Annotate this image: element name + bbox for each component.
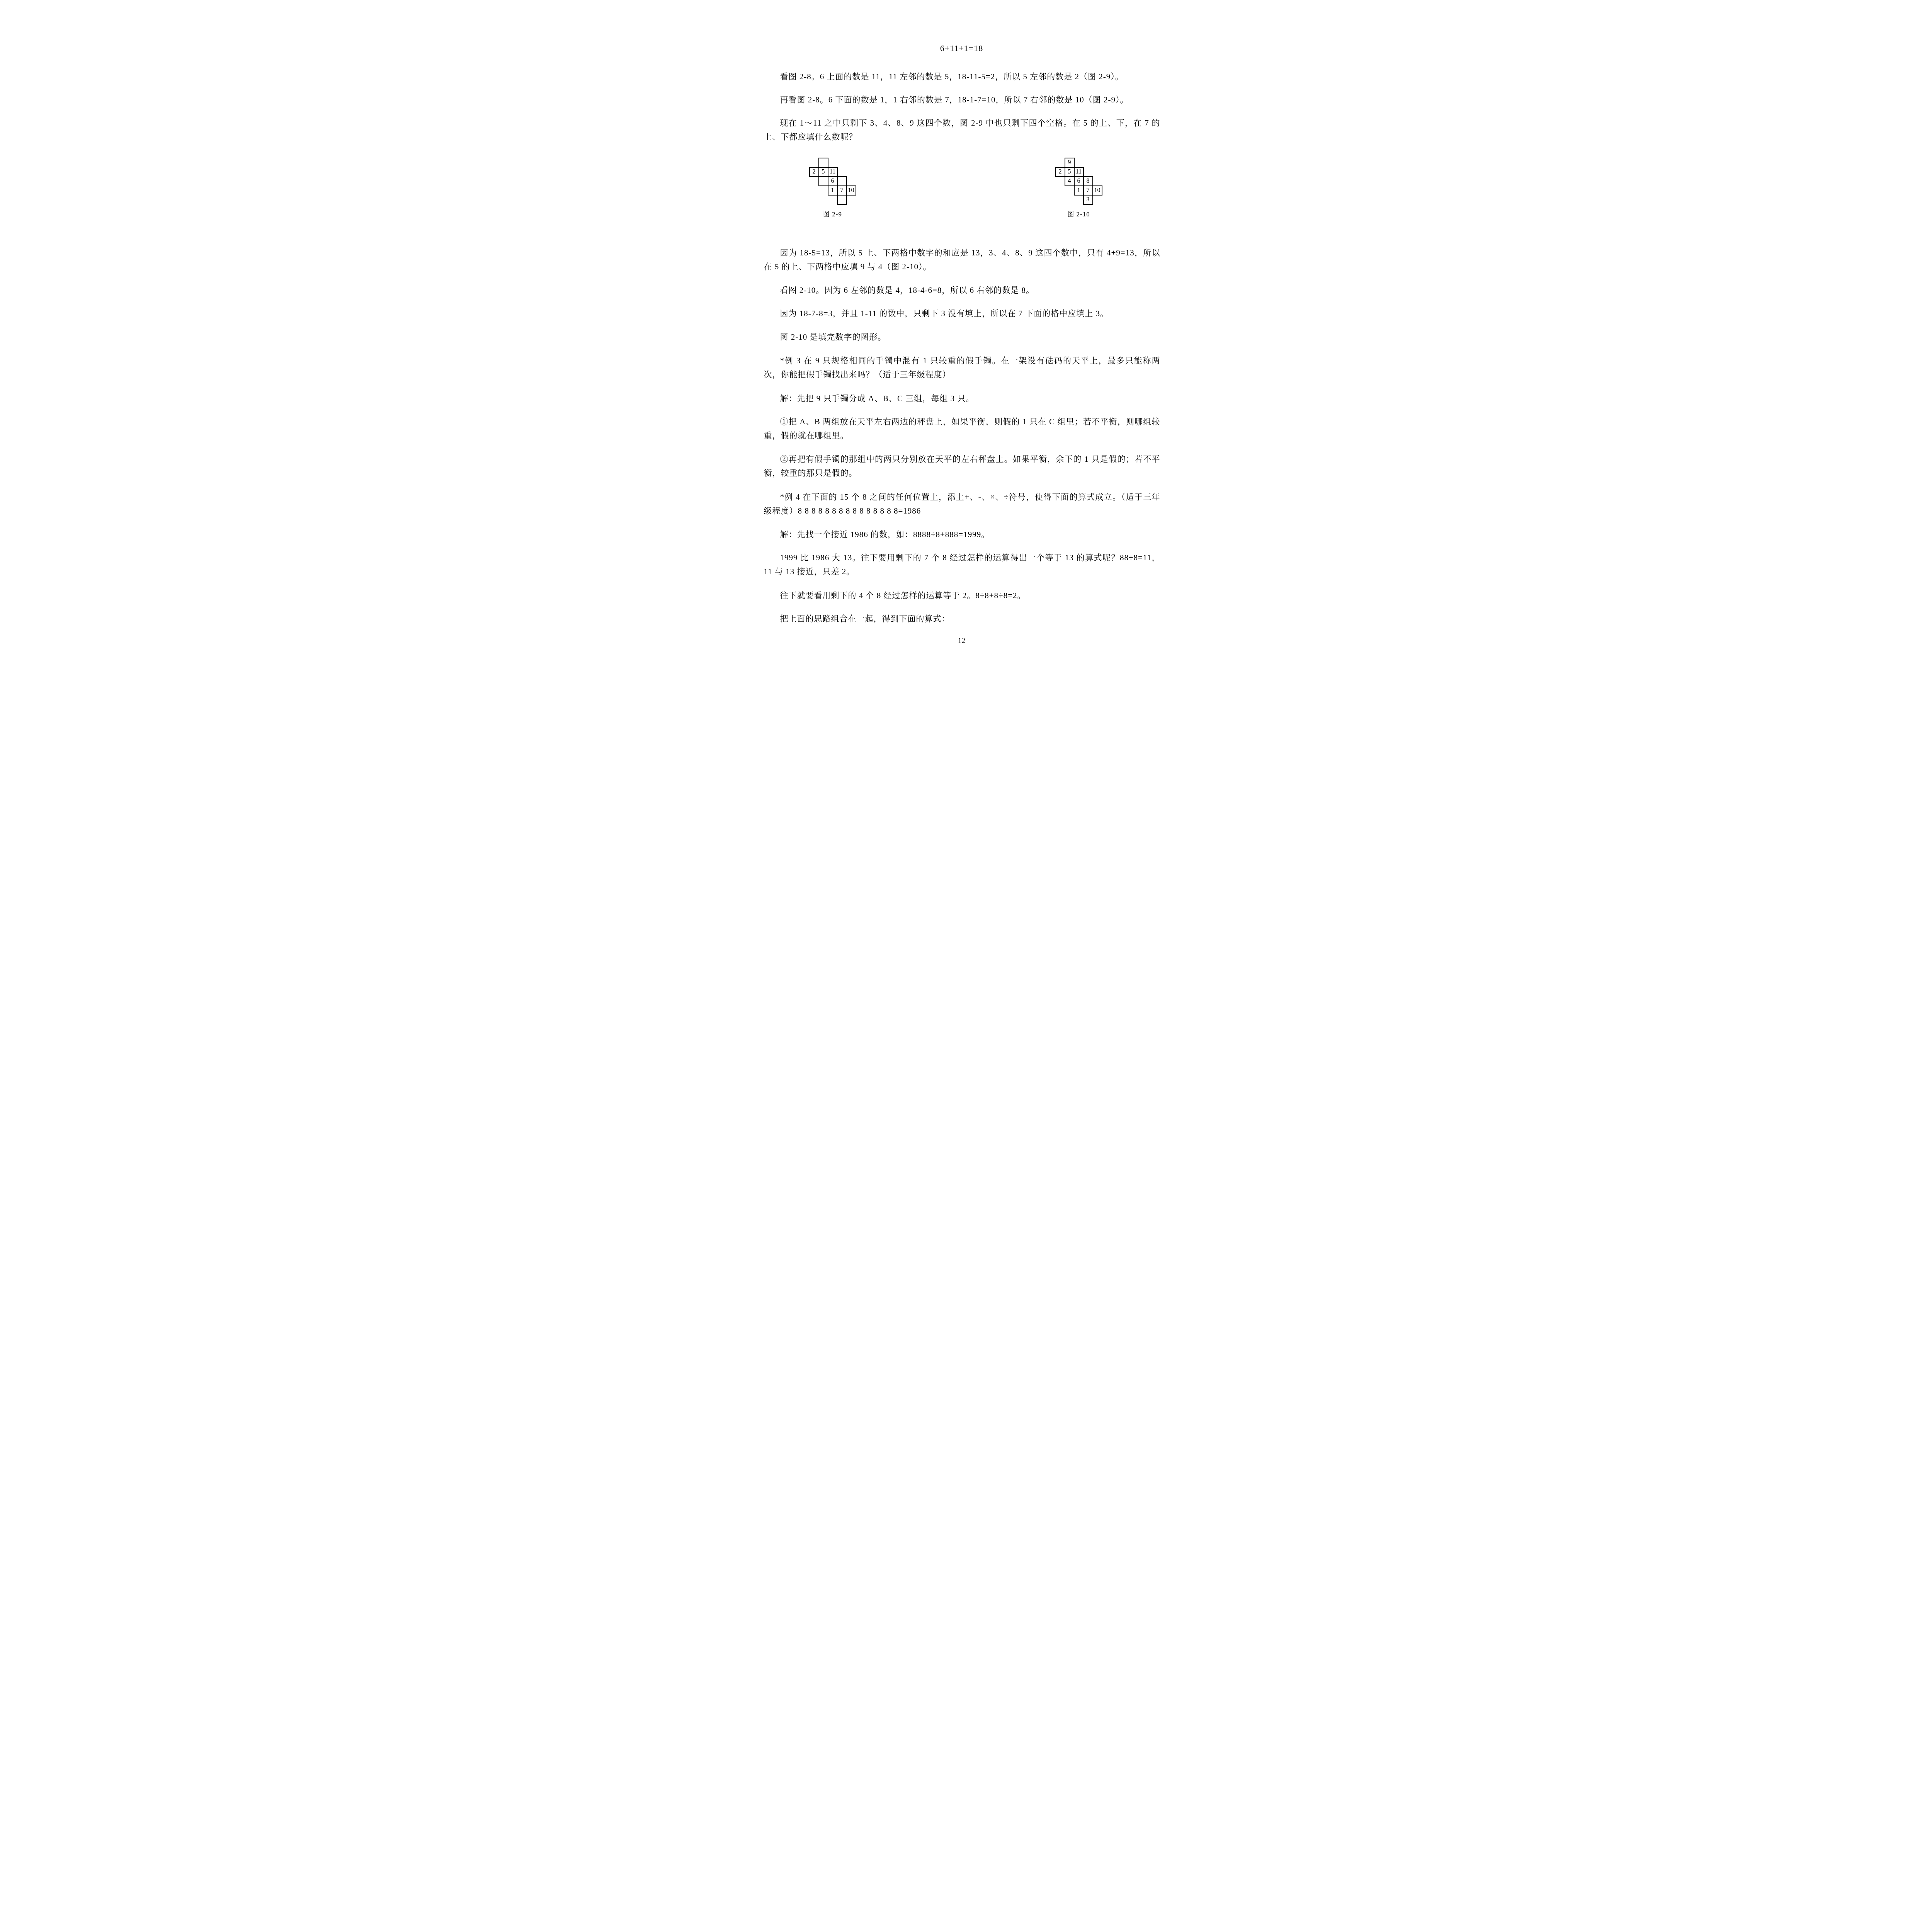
figure-2-10-caption: 图 2-10	[1055, 209, 1102, 218]
paragraph: 因为 18-7-8=3，并且 1-11 的数中，只剩下 3 没有填上，所以在 7…	[764, 306, 1160, 320]
paragraph: ②再把有假手镯的那组中的两只分别放在天平的左右秤盘上。如果平衡，余下的 1 只是…	[764, 452, 1160, 480]
grid-cell: 11	[1074, 167, 1084, 177]
grid-cell: 7	[837, 185, 847, 196]
grid-cell: 6	[828, 176, 838, 186]
paragraph: 图 2-10 是填完数字的图形。	[764, 330, 1160, 344]
page-title: 6+11+1=18	[764, 43, 1160, 53]
grid-cell	[818, 158, 828, 168]
grid-cell: 10	[846, 185, 856, 196]
grid-cell: 4	[1065, 176, 1075, 186]
figure-2-9-caption: 图 2-9	[809, 209, 856, 218]
grid-cell: 2	[809, 167, 819, 177]
grid-cell: 5	[818, 167, 828, 177]
grid-cell: 9	[1065, 158, 1075, 168]
paragraph: 因为 18-5=13，所以 5 上、下两格中数字的和应是 13，3、4、8、9 …	[764, 246, 1160, 274]
paragraph: *例 4 在下面的 15 个 8 之间的任何位置上，添上+、-、×、÷符号，使得…	[764, 490, 1160, 518]
paragraph: 把上面的思路组合在一起，得到下面的算式：	[764, 612, 1160, 626]
figure-2-9: 251161710 图 2-9	[809, 158, 856, 218]
grid-cell: 11	[828, 167, 838, 177]
paragraph: 再看图 2-8。6 下面的数是 1，1 右邻的数是 7，18-1-7=10，所以…	[764, 93, 1160, 107]
grid-cell: 5	[1065, 167, 1075, 177]
figure-2-10-grid: 9251146817103	[1055, 158, 1102, 205]
paragraph: 看图 2-8。6 上面的数是 11，11 左邻的数是 5，18-11-5=2，所…	[764, 70, 1160, 83]
grid-cell: 8	[1083, 176, 1093, 186]
grid-cell: 1	[1074, 185, 1084, 196]
figure-2-9-grid: 251161710	[809, 158, 856, 205]
paragraph: 往下就要看用剩下的 4 个 8 经过怎样的运算等于 2。8÷8+8÷8=2。	[764, 588, 1160, 602]
grid-cell	[818, 176, 828, 186]
grid-cell: 6	[1074, 176, 1084, 186]
document-page: 6+11+1=18 看图 2-8。6 上面的数是 11，11 左邻的数是 5，1…	[719, 0, 1198, 678]
paragraph: ①把 A、B 两组放在天平左右两边的秤盘上，如果平衡，则假的 1 只在 C 组里…	[764, 415, 1160, 442]
paragraph: 解：先找一个接近 1986 的数，如：8888÷8+888=1999。	[764, 527, 1160, 541]
grid-cell	[837, 195, 847, 205]
grid-cell: 10	[1092, 185, 1102, 196]
paragraph: 现在 1～11 之中只剩下 3、4、8、9 这四个数，图 2-9 中也只剩下四个…	[764, 116, 1160, 144]
paragraph: *例 3 在 9 只规格相同的手镯中混有 1 只较重的假手镯。在一架没有砝码的天…	[764, 354, 1160, 381]
grid-cell: 2	[1055, 167, 1065, 177]
paragraph: 解：先把 9 只手镯分成 A、B、C 三组，每组 3 只。	[764, 391, 1160, 405]
grid-cell: 1	[828, 185, 838, 196]
page-number: 12	[764, 637, 1160, 645]
grid-cell: 3	[1083, 195, 1093, 205]
grid-cell: 7	[1083, 185, 1093, 196]
figure-2-10: 9251146817103 图 2-10	[1055, 158, 1102, 218]
grid-cell	[837, 176, 847, 186]
paragraph: 1999 比 1986 大 13。往下要用剩下的 7 个 8 经过怎样的运算得出…	[764, 551, 1160, 578]
paragraph: 看图 2-10。因为 6 左邻的数是 4，18-4-6=8，所以 6 右邻的数是…	[764, 283, 1160, 297]
